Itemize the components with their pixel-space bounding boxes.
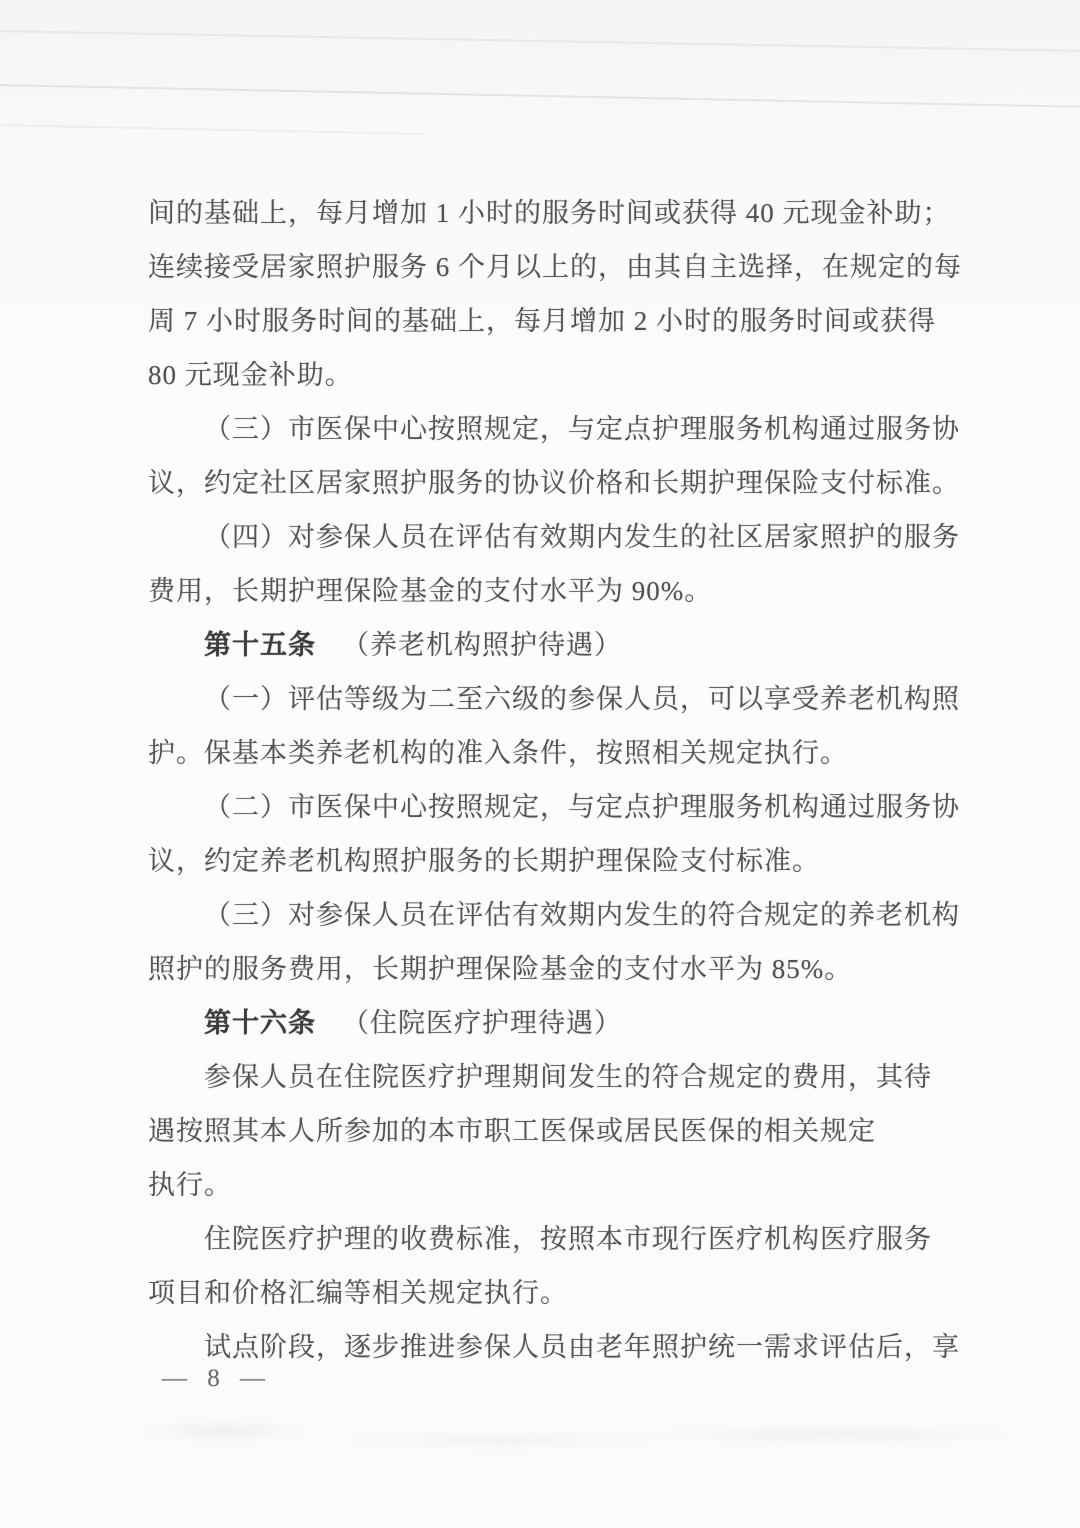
text-line: （二）市医保中心按照规定，与定点护理服务机构通过服务协 bbox=[148, 780, 940, 834]
line-text: 连续接受居家照护服务 6 个月以上的，由其自主选择，在规定的每 bbox=[148, 252, 962, 282]
text-line: 连续接受居家照护服务 6 个月以上的，由其自主选择，在规定的每 bbox=[148, 240, 940, 294]
text-line: 议，约定养老机构照护服务的长期护理保险支付标准。 bbox=[148, 834, 940, 888]
line-text: 照护的服务费用，长期护理保险基金的支付水平为 85%。 bbox=[148, 954, 852, 984]
text-line: （一）评估等级为二至六级的参保人员，可以享受养老机构照 bbox=[148, 672, 940, 726]
document-body: 间的基础上，每月增加 1 小时的服务时间或获得 40 元现金补助； 连续接受居家… bbox=[148, 186, 940, 1374]
article-heading-15: 第十五条（养老机构照护待遇） bbox=[148, 618, 940, 672]
article-title: （住院医疗护理待遇） bbox=[342, 1008, 622, 1038]
scanned-document-page: 间的基础上，每月增加 1 小时的服务时间或获得 40 元现金补助； 连续接受居家… bbox=[0, 0, 1080, 1528]
text-line: 护。保基本类养老机构的准入条件，按照相关规定执行。 bbox=[148, 726, 940, 780]
text-line: 执行。 bbox=[148, 1158, 940, 1212]
line-text: 费用，长期护理保险基金的支付水平为 90%。 bbox=[148, 576, 712, 606]
text-line: 费用，长期护理保险基金的支付水平为 90%。 bbox=[148, 564, 940, 618]
line-text: 护。保基本类养老机构的准入条件，按照相关规定执行。 bbox=[148, 738, 848, 768]
text-line: （四）对参保人员在评估有效期内发生的社区居家照护的服务 bbox=[148, 510, 940, 564]
article-number: 第十六条 bbox=[204, 1008, 316, 1038]
line-text: 议，约定养老机构照护服务的长期护理保险支付标准。 bbox=[148, 846, 820, 876]
line-text: 间的基础上，每月增加 1 小时的服务时间或获得 40 元现金补助； bbox=[148, 198, 951, 228]
line-text: 住院医疗护理的收费标准，按照本市现行医疗机构医疗服务 bbox=[204, 1224, 932, 1254]
article-heading-16: 第十六条（住院医疗护理待遇） bbox=[148, 996, 940, 1050]
text-line: 周 7 小时服务时间的基础上，每月增加 2 小时的服务时间或获得 bbox=[148, 294, 940, 348]
scan-ghosting-artifact bbox=[40, 1408, 1060, 1466]
line-text: 项目和价格汇编等相关规定执行。 bbox=[148, 1278, 568, 1308]
line-text: 周 7 小时服务时间的基础上，每月增加 2 小时的服务时间或获得 bbox=[148, 306, 936, 336]
line-text: 遇按照其本人所参加的本市职工医保或居民医保的相关规定 bbox=[148, 1116, 876, 1146]
text-line: 项目和价格汇编等相关规定执行。 bbox=[148, 1266, 940, 1320]
text-line: 住院医疗护理的收费标准，按照本市现行医疗机构医疗服务 bbox=[148, 1212, 940, 1266]
line-text: 执行。 bbox=[148, 1170, 232, 1200]
line-text: （一）评估等级为二至六级的参保人员，可以享受养老机构照 bbox=[204, 684, 960, 714]
text-line: 间的基础上，每月增加 1 小时的服务时间或获得 40 元现金补助； bbox=[148, 186, 940, 240]
line-text: 试点阶段，逐步推进参保人员由老年照护统一需求评估后，享 bbox=[204, 1332, 960, 1362]
line-text: （二）市医保中心按照规定，与定点护理服务机构通过服务协 bbox=[204, 792, 960, 822]
text-line: 议，约定社区居家照护服务的协议价格和长期护理保险支付标准。 bbox=[148, 456, 940, 510]
text-line: （三）市医保中心按照规定，与定点护理服务机构通过服务协 bbox=[148, 402, 940, 456]
scan-streak-artifact bbox=[0, 124, 425, 135]
scan-streak-artifact bbox=[0, 30, 1080, 52]
page-number: — 8 — bbox=[162, 1352, 272, 1406]
scan-streak-artifact bbox=[0, 84, 1080, 108]
line-text: 参保人员在住院医疗护理期间发生的符合规定的费用，其待 bbox=[204, 1062, 932, 1092]
line-text: （四）对参保人员在评估有效期内发生的社区居家照护的服务 bbox=[204, 522, 960, 552]
line-text: 80 元现金补助。 bbox=[148, 360, 353, 390]
text-line: 照护的服务费用，长期护理保险基金的支付水平为 85%。 bbox=[148, 942, 940, 996]
line-text: 议，约定社区居家照护服务的协议价格和长期护理保险支付标准。 bbox=[148, 468, 960, 498]
article-number: 第十五条 bbox=[204, 630, 316, 660]
text-line: 80 元现金补助。 bbox=[148, 348, 940, 402]
article-title: （养老机构照护待遇） bbox=[342, 630, 622, 660]
text-line: 遇按照其本人所参加的本市职工医保或居民医保的相关规定 bbox=[148, 1104, 940, 1158]
line-text: （三）市医保中心按照规定，与定点护理服务机构通过服务协 bbox=[204, 414, 960, 444]
line-text: （三）对参保人员在评估有效期内发生的符合规定的养老机构 bbox=[204, 900, 960, 930]
text-line: （三）对参保人员在评估有效期内发生的符合规定的养老机构 bbox=[148, 888, 940, 942]
text-line: 参保人员在住院医疗护理期间发生的符合规定的费用，其待 bbox=[148, 1050, 940, 1104]
